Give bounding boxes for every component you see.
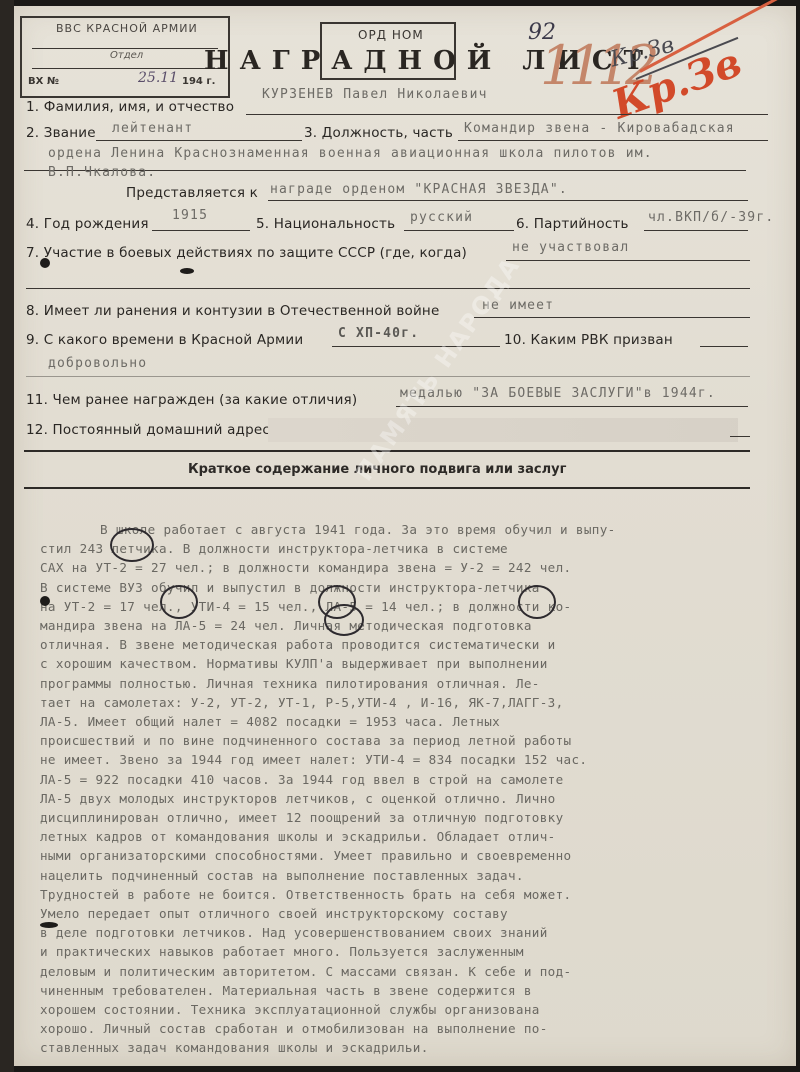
merit-line: происшествий и по вине подчиненного сост… [40, 731, 790, 750]
merit-line: с хорошим качеством. Нормативы КУЛП'а вы… [40, 654, 790, 673]
circled-number-243 [110, 528, 154, 562]
scan-edge-shadow [0, 0, 14, 1072]
field-5-label: 5. Национальность [256, 216, 395, 232]
field-8-label: 8. Имеет ли ранения и контузии в Отечест… [26, 303, 439, 319]
merit-line: ЛА-5. Имеет общий налет = 4082 посадки =… [40, 712, 790, 731]
stamp-number-prefix: ВХ № [28, 76, 59, 87]
merit-description: В школе работает с августа 1941 года. За… [40, 520, 790, 1058]
circled-number-14 [518, 585, 556, 619]
paper-damage [180, 268, 194, 274]
merit-line: ЛА-5 = 922 посадки 410 часов. За 1944 го… [40, 770, 790, 789]
field-6-value: чл.ВКП/б/-39г. [648, 210, 774, 225]
registration-stamp: ВВС КРАСНОЙ АРМИИ Отдел ВХ № 25.11 194 г… [20, 16, 230, 98]
field-3-label: 3. Должность, часть [304, 125, 453, 141]
field-4-label: 4. Год рождения [26, 216, 149, 232]
merit-line: не имеет. Звено за 1944 год имеет налет:… [40, 750, 790, 769]
field-9-value: С ХП-40г. [338, 326, 419, 341]
merit-line: В системе ВУЗ обучил и выпустил в должно… [40, 578, 790, 597]
merit-line: мандира звена на ЛА-5 = 24 чел. Личная м… [40, 616, 790, 635]
field-2-label: 2. Звание [26, 125, 96, 141]
merit-line: хорошо. Личный состав сработан и отмобил… [40, 1019, 790, 1038]
field-1-label: 1. Фамилия, имя, и отчество [26, 99, 234, 115]
merit-line: летных кадров от командования школы и эс… [40, 827, 790, 846]
merit-line: Трудностей в работе не боится. Ответстве… [40, 885, 790, 904]
stamp-org: ВВС КРАСНОЙ АРМИИ [56, 22, 198, 35]
award-label: Представляется к [126, 185, 258, 201]
merit-line: на УТ-2 = 17 чел., УТИ-4 = 15 чел., ЛА-5… [40, 597, 790, 616]
punch-hole [40, 922, 58, 928]
merit-line: отличная. В звене методическая работа пр… [40, 635, 790, 654]
field-3-value-line3: В.П.Чкалова. [48, 165, 156, 180]
circled-number-17 [160, 585, 198, 619]
merit-line: и практических навыков работает много. П… [40, 942, 790, 961]
stamp-department: Отдел [110, 50, 143, 61]
merit-line: Умело передает опыт отличного своей инст… [40, 904, 790, 923]
merit-line: в деле подготовки летчиков. Над усоверше… [40, 923, 790, 942]
merit-line: деловым и политическим авторитетом. С ма… [40, 962, 790, 981]
field-5-value: русский [410, 210, 473, 225]
field-9-label: 9. С какого времени в Красной Армии [26, 332, 303, 348]
merit-line: программы полностью. Личная техника пило… [40, 674, 790, 693]
punch-hole [40, 258, 50, 268]
stamp-year: 194 г. [182, 76, 215, 87]
merit-line: нацелить подчиненный состав на выполнени… [40, 866, 790, 885]
field-10-label: 10. Каким РВК призван [504, 332, 673, 348]
merit-line: САХ на УТ-2 = 27 чел.; в должности коман… [40, 558, 790, 577]
field-7-label: 7. Участие в боевых действиях по защите … [26, 245, 467, 261]
field-4-value: 1915 [172, 208, 208, 223]
field-6-label: 6. Партийность [516, 216, 629, 232]
merit-line: В школе работает с августа 1941 года. За… [40, 520, 790, 539]
merit-line: дисциплинирован отлично, имеет 12 поощре… [40, 808, 790, 827]
field-3-value-line2: ордена Ленина Краснознаменная военная ав… [48, 146, 653, 161]
field-9-value-line2: добровольно [48, 356, 147, 371]
stamp-date: 25.11 [138, 70, 178, 86]
field-1-value: КУРЗЕНЕВ Павел Николаевич [262, 87, 488, 102]
field-7-value: не участвовал [512, 240, 629, 255]
field-11-label: 11. Чем ранее награжден (за какие отличи… [26, 392, 357, 408]
merit-line: ставленных задач командования школы и эс… [40, 1038, 790, 1057]
redacted-address [268, 418, 738, 442]
merit-line: ЛА-5 двух молодых инструкторов летчиков,… [40, 789, 790, 808]
merit-line: тает на самолетах: У-2, УТ-2, УТ-1, Р-5,… [40, 693, 790, 712]
field-11-value: медалью "ЗА БОЕВЫЕ ЗАСЛУГИ"в 1944г. [400, 386, 716, 401]
award-value: награде орденом "КРАСНАЯ ЗВЕЗДА". [270, 182, 568, 197]
merit-line: чиненным требователен. Материальная част… [40, 981, 790, 1000]
order-number-label: ОРД НОМ [358, 28, 424, 42]
merit-line: ными организаторскими способностями. Уме… [40, 846, 790, 865]
circled-number-24 [324, 604, 364, 636]
merit-line: хорошем состоянии. Техника эксплуатацион… [40, 1000, 790, 1019]
field-12-label: 12. Постоянный домашний адрес [26, 422, 270, 438]
field-3-value-line1: Командир звена - Кировабадская [464, 121, 735, 136]
field-2-value: лейтенант [112, 121, 193, 136]
punch-hole [40, 596, 50, 606]
